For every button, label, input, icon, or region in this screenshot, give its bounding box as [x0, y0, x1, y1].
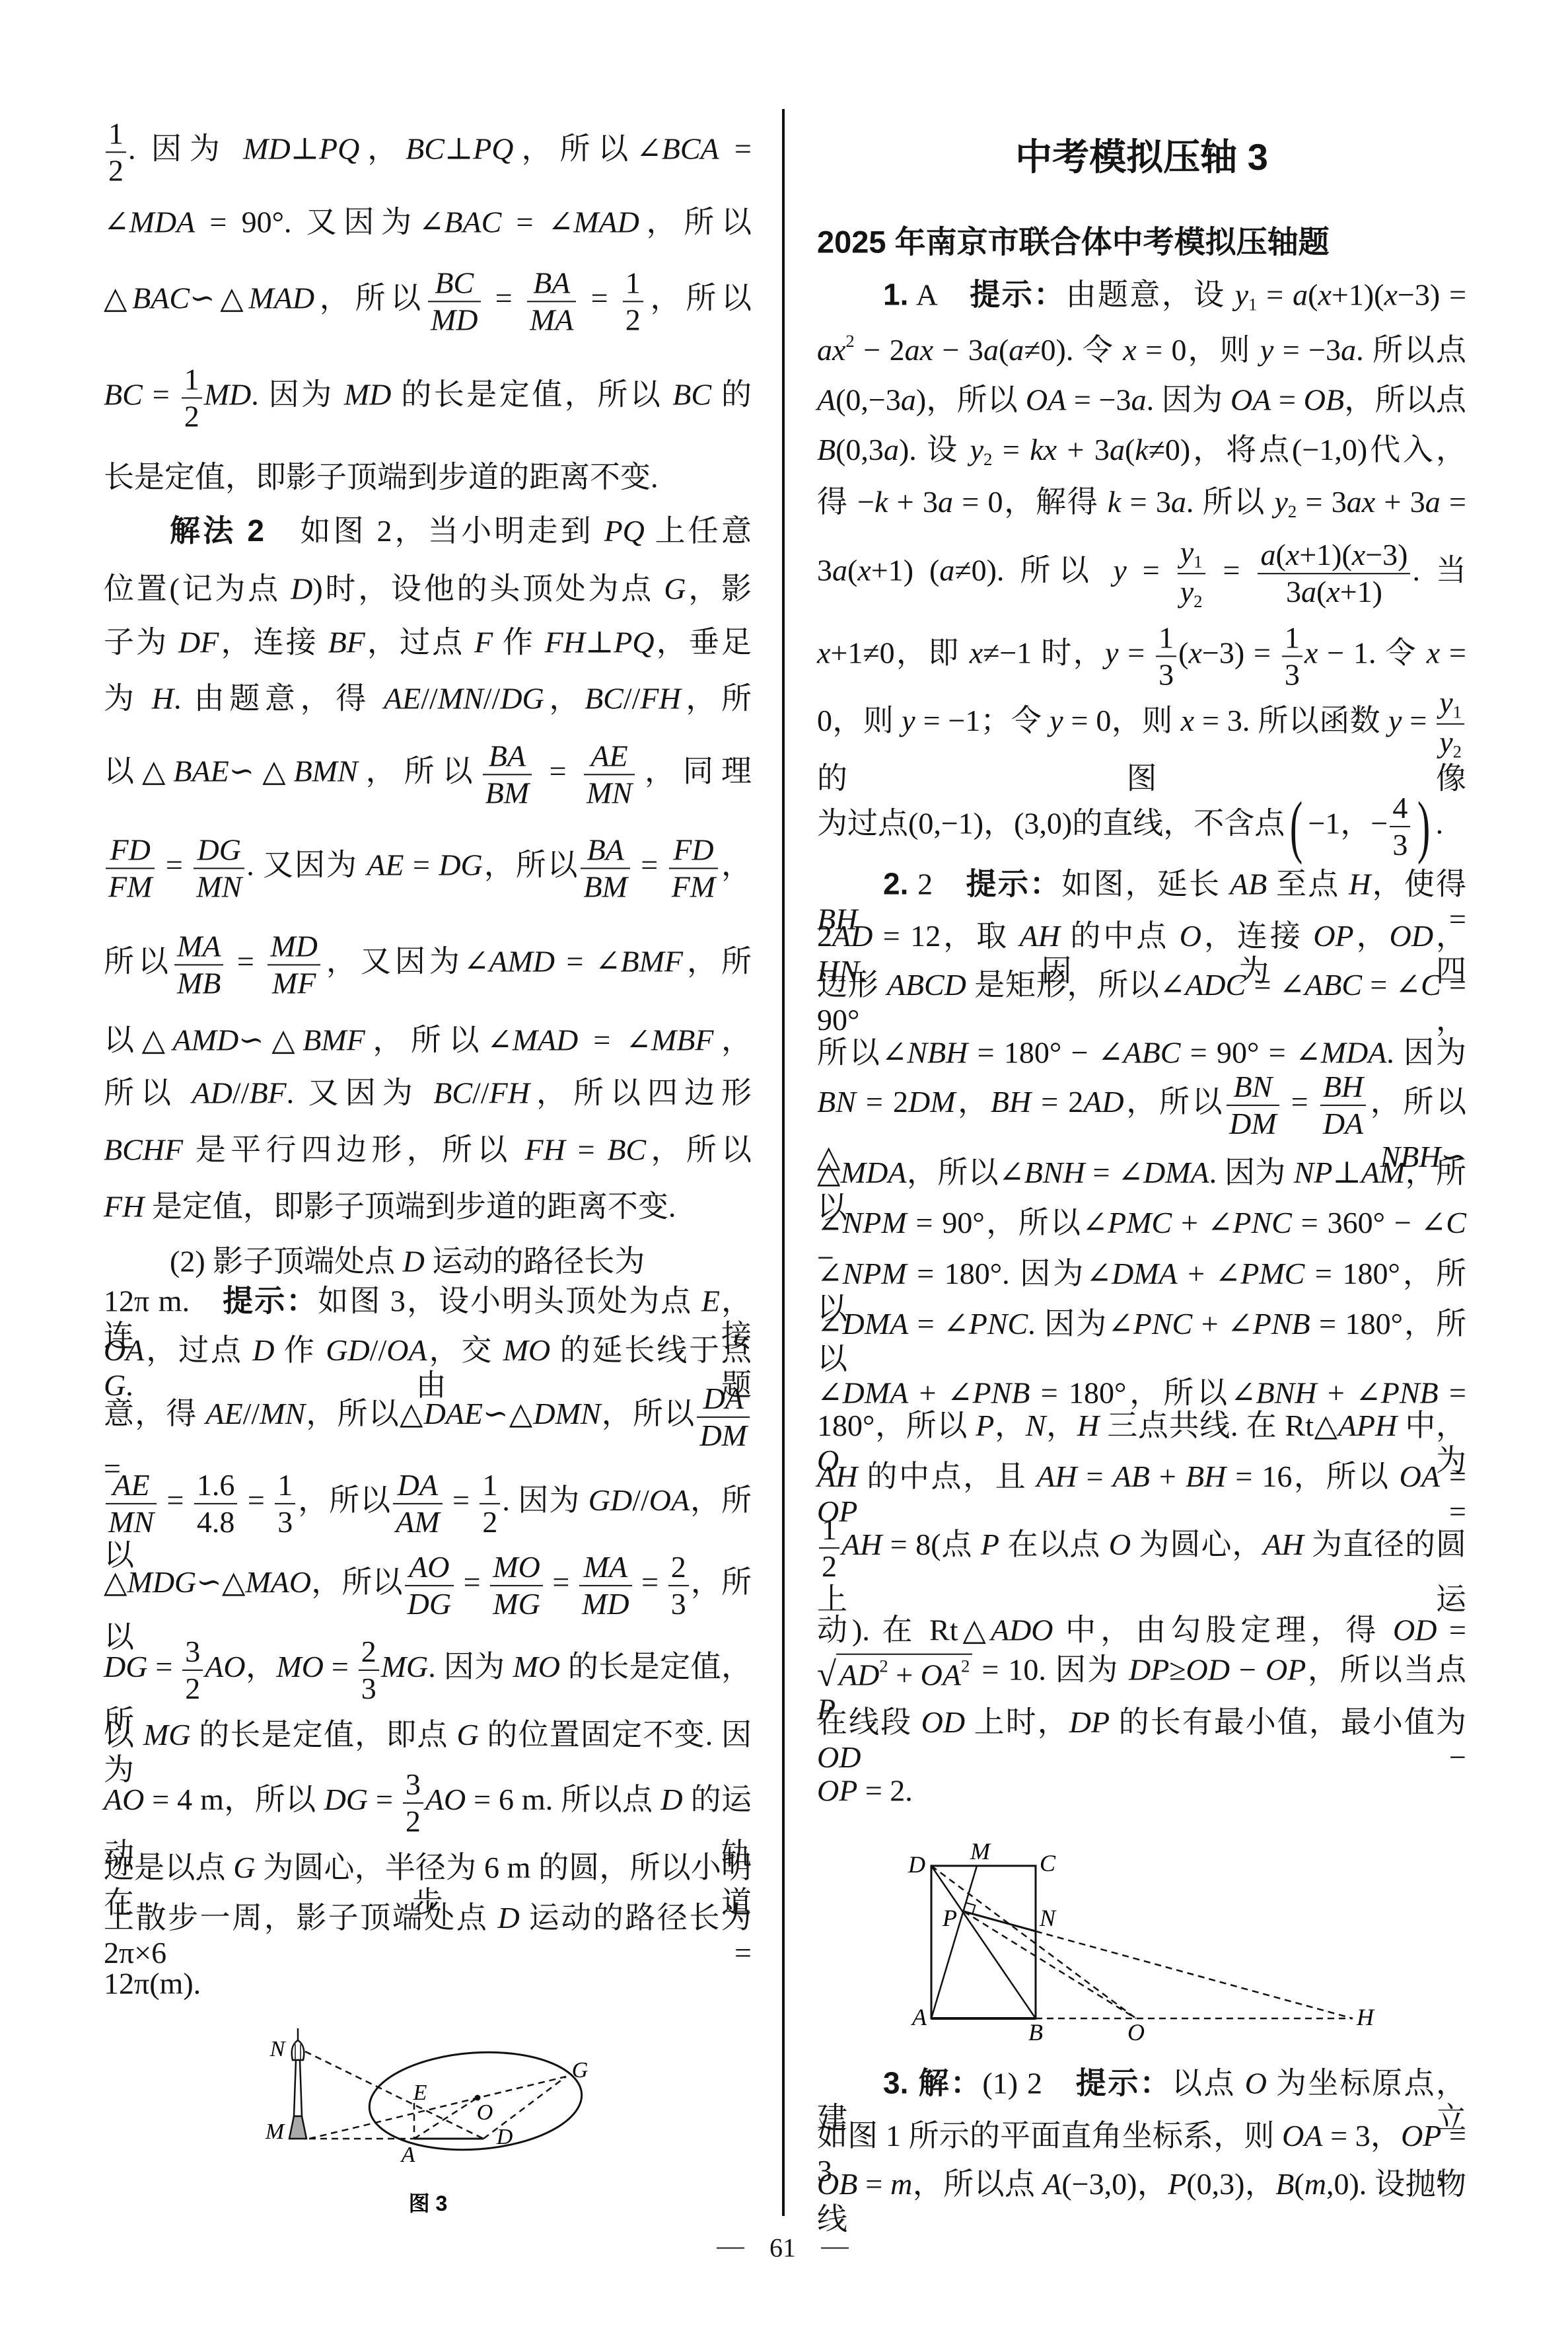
math-variable: y	[1180, 575, 1194, 609]
math-variable: MD	[270, 929, 318, 963]
math-variable: ABCD	[887, 968, 966, 1002]
text-run: = 180°. 因为∠	[907, 1257, 1112, 1290]
text-run: ，所以	[224, 1783, 324, 1816]
text-run: //	[483, 682, 501, 716]
text-run: 的长有最小值，最小值为	[1110, 1705, 1466, 1739]
math-variable: DF	[178, 626, 219, 659]
math-variable: DM	[699, 1419, 747, 1452]
text-run: . 因为	[502, 1483, 588, 1517]
math-variable: ax	[1347, 485, 1375, 519]
text-line: FH 是定值，即影子顶端到步道的距离不变.	[104, 1190, 752, 1225]
fraction-denominator: MN	[106, 1504, 157, 1539]
math-variable: y	[1260, 333, 1273, 367]
math-variable: GD	[326, 1333, 369, 1367]
text-run: △	[104, 1565, 127, 1599]
math-variable: y	[1388, 704, 1402, 737]
math-variable: k	[1135, 433, 1148, 466]
text-run: ，所以	[311, 1565, 403, 1599]
text-run: = 360° − ∠	[1292, 1206, 1446, 1239]
math-variable: a	[1009, 333, 1024, 367]
math-variable: C	[1421, 968, 1441, 1002]
text-run: 在线段	[817, 1705, 921, 1739]
math-variable: AH	[1020, 919, 1060, 953]
text-run: −	[861, 1740, 1466, 1774]
math-variable: FH	[104, 1190, 144, 1224]
fraction: 12	[182, 363, 202, 432]
math-variable: a	[983, 333, 999, 367]
text-run: 中，由勾股定理，得	[1053, 1613, 1394, 1647]
text-run: ，交	[427, 1333, 503, 1367]
text-line: OP = 2.	[817, 1774, 1466, 1809]
text-run: ∽△	[238, 1023, 303, 1057]
fraction: y1y2	[1437, 686, 1464, 762]
text-run: +1)(	[1332, 278, 1384, 312]
text-line: 12. 因为 MD⊥PQ，BC⊥PQ，所以∠BCA =	[104, 117, 752, 186]
fraction-denominator: 3	[1390, 827, 1410, 862]
math-variable: PMC	[1240, 1257, 1304, 1290]
text-run: ，	[359, 132, 406, 166]
dashed-lines	[305, 2051, 566, 2139]
text-run: ). 设	[899, 433, 970, 466]
math-variable: O	[1245, 2067, 1267, 2100]
math-variable: MD	[582, 1587, 629, 1621]
fraction-numerator: AO	[405, 1551, 454, 1586]
text-line: 得 −k + 3a = 0，解得 k = 3a. 所以 y2 = 3ax + 3…	[817, 485, 1466, 522]
math-variable: DA	[398, 1468, 438, 1502]
problem-1-line: 1. A 提示：由题意，设 y1 = a(x+1)(x−3) =	[817, 277, 1466, 315]
text-run: 1	[822, 1512, 837, 1546]
fraction: 32	[182, 1635, 203, 1705]
math-variable: DA	[703, 1382, 744, 1415]
fraction-numerator: 1.6	[194, 1469, 238, 1504]
math-variable: OD	[1393, 1613, 1437, 1647]
text-run: ).	[183, 1967, 201, 2001]
math-variable: A	[817, 383, 836, 417]
math-variable: AO	[104, 1783, 144, 1816]
math-variable: DG	[104, 1650, 147, 1683]
text-run: 如图 1 所示的平面直角坐标系，则	[817, 2119, 1282, 2153]
math-variable: BA	[489, 739, 526, 772]
text-run: 的延长线于点	[550, 1333, 752, 1367]
fraction-numerator: 1	[106, 117, 126, 153]
math-variable: AE	[590, 739, 627, 772]
fraction-denominator: BM	[483, 775, 532, 809]
math-variable: OA	[1026, 383, 1066, 417]
text-run: 长是定值，即影子顶端到步道的距离不变.	[104, 461, 659, 494]
text-run: = −1；令	[915, 704, 1050, 737]
math-variable: F	[474, 626, 493, 659]
math-variable: OP	[1265, 1653, 1306, 1687]
math-variable: D	[498, 1901, 520, 1935]
text-run: ，连接	[219, 626, 328, 659]
text-run: 在以点	[999, 1528, 1109, 1561]
text-run: −3) =	[1398, 278, 1466, 312]
math-variable: OA	[1282, 2119, 1322, 2153]
text-run: (	[1308, 278, 1318, 312]
fraction-denominator: DA	[1320, 1106, 1366, 1140]
text-run: 0，则	[817, 704, 902, 737]
text-run: = 12，取	[873, 919, 1019, 953]
text-run: + 3	[1375, 485, 1425, 519]
math-variable: x	[1181, 704, 1194, 737]
math-variable: AMD	[173, 1023, 239, 1057]
text-run: 如图 3，设小明头顶处为点	[318, 1284, 701, 1318]
text-run: = 0，则	[1137, 333, 1260, 367]
math-variable: P	[976, 1409, 994, 1442]
text-run: = 10. 因为	[972, 1653, 1129, 1687]
text-run: . 因为	[128, 132, 243, 166]
text-run: 提示：	[223, 1284, 318, 1318]
text-run: = 2.	[857, 1774, 912, 1808]
math-variable: MAD	[248, 281, 314, 315]
fraction-denominator: DM	[1227, 1106, 1279, 1140]
text-run: ，所以	[601, 1397, 695, 1430]
fraction-numerator: BN	[1227, 1070, 1279, 1106]
text-run: 为圆心，	[1131, 1528, 1263, 1561]
text-run: 12π	[104, 1284, 159, 1318]
math-variable: BC	[406, 132, 445, 166]
math-variable: FH	[524, 1133, 565, 1167]
fraction-numerator: y1	[1437, 686, 1464, 725]
math-variable: MO	[503, 1333, 551, 1367]
math-variable: AE	[367, 848, 404, 882]
fraction: FDFM	[669, 833, 718, 903]
text-run: . 所以	[1186, 485, 1275, 519]
fraction-numerator: 1	[182, 363, 202, 398]
fraction: 32	[403, 1768, 423, 1837]
fraction: FDFM	[106, 833, 155, 903]
upright-text: m	[160, 1967, 184, 2001]
math-variable: AB	[1113, 1459, 1150, 1493]
text-run: ∠	[817, 1307, 843, 1341]
math-variable: OA	[1230, 383, 1271, 417]
math-variable: BNH	[1256, 1376, 1317, 1410]
math-variable: OP	[1313, 919, 1353, 953]
fraction-denominator: MD	[428, 302, 481, 336]
text-run: = 90°，所以∠	[907, 1206, 1108, 1239]
math-variable: H	[1349, 867, 1371, 901]
math-variable: MD	[243, 132, 291, 166]
text-run: =	[1281, 1085, 1318, 1119]
text-run: ≠0). 令	[1024, 333, 1123, 367]
subscript: 1	[1194, 552, 1202, 572]
math-variable: BC	[435, 266, 474, 299]
label-D: D	[496, 2125, 513, 2149]
math-variable: a	[1293, 278, 1308, 312]
math-variable: AB	[1230, 867, 1267, 901]
math-variable: BMN	[294, 755, 358, 788]
text-run: 1.6	[197, 1468, 235, 1502]
page-number-dash-left	[717, 2247, 744, 2248]
fraction: BNDM	[1227, 1070, 1279, 1140]
text-run: 提示：	[970, 277, 1065, 312]
upright-text: Rt	[1285, 1409, 1314, 1442]
text-run: = 0，则	[1063, 704, 1181, 737]
text-run: ，所	[683, 945, 752, 978]
text-run: ，所以点	[912, 2167, 1043, 2201]
text-run: ，所以	[639, 205, 752, 239]
math-variable: BAE	[173, 755, 229, 788]
text-run: 得 −	[817, 485, 874, 519]
text-run: 为过点(0,−1)，(3,0)的直线，不含点	[817, 807, 1285, 840]
text-line: ∠DMA + ∠PNB = 180°，所以∠BNH + ∠PNB =	[817, 1376, 1466, 1411]
math-variable: BA	[533, 266, 570, 299]
text-run	[936, 278, 970, 312]
math-variable: PNB	[972, 1376, 1030, 1410]
text-run: ，所以	[645, 281, 752, 315]
text-run: ，所	[681, 682, 752, 716]
fraction-denominator: FM	[106, 869, 155, 903]
math-variable: E	[701, 1284, 720, 1318]
math-variable: P	[981, 1528, 999, 1561]
text-run: ，过点	[365, 626, 474, 659]
text-run: 的中点，且	[857, 1459, 1036, 1493]
text-run: ∽△	[190, 281, 248, 315]
text-line: 为过点(0,−1)，(3,0)的直线，不含点(−1，−43).	[817, 792, 1466, 862]
text-run: ≥	[1169, 1653, 1186, 1687]
fraction: BAMA	[527, 266, 576, 336]
math-variable: MAD	[513, 1023, 579, 1057]
text-run: 2	[108, 153, 124, 187]
math-variable: BH	[1186, 1459, 1226, 1493]
text-run: △	[104, 281, 132, 315]
left-paren: (	[1290, 792, 1302, 862]
text-run: = 2	[856, 1085, 908, 1119]
label-G: G	[572, 2058, 588, 2083]
math-variable: BC	[104, 378, 143, 412]
math-variable: MO	[276, 1650, 324, 1683]
fraction: 13	[275, 1469, 295, 1538]
math-variable: AH	[1036, 1459, 1077, 1493]
text-run: 以点	[1172, 2067, 1245, 2100]
text-run: =	[1127, 554, 1176, 587]
math-variable: FH	[489, 1076, 530, 1110]
math-variable: FM	[108, 869, 152, 903]
math-variable: DM	[908, 1085, 956, 1119]
text-run: 4.8	[197, 1505, 235, 1539]
math-variable: PNB	[1381, 1376, 1439, 1410]
text-run: 2	[184, 399, 199, 433]
text-run: 2	[406, 1804, 421, 1838]
math-variable: PQ	[614, 626, 654, 659]
math-variable: H	[1077, 1409, 1099, 1442]
math-variable: MO	[513, 1650, 560, 1683]
text-run: = 3. 所以函数	[1194, 704, 1388, 737]
label-M: M	[265, 2120, 285, 2144]
section-title: 中考模拟压轴 3	[817, 128, 1466, 181]
text-run: =	[1271, 383, 1303, 417]
text-run: //	[472, 1076, 489, 1110]
math-variable: MN	[438, 682, 483, 716]
text-run: =	[1257, 278, 1293, 312]
text-run: △	[958, 1613, 990, 1647]
text-line: OB = m，所以点 A(−3,0)，P(0,3)，B(m,0). 设抛物线	[817, 2167, 1466, 2237]
math-variable: FH	[640, 682, 680, 716]
text-run: ，过点	[144, 1333, 252, 1367]
text-run: ⊥	[291, 132, 319, 166]
text-run: 的长是定值，所以	[391, 378, 672, 412]
math-variable: AD	[839, 1658, 879, 1692]
math-variable: MDA	[129, 205, 196, 239]
text-line: ax2 − 2ax − 3a(a≠0). 令 x = 0，则 y = −3a. …	[817, 331, 1466, 368]
text-line: 所以 AD//BF. 又因为 BC//FH，所以四边形	[104, 1076, 752, 1111]
text-run: (	[999, 333, 1009, 367]
text-run: =	[157, 848, 192, 882]
text-run: − 1. 令	[1318, 636, 1426, 670]
math-variable: DMA	[1112, 1257, 1178, 1290]
math-variable: AM	[396, 1505, 439, 1539]
text-run: . 因为	[428, 1650, 513, 1683]
fraction-denominator: MB	[174, 965, 223, 1000]
math-variable: MDA	[1321, 1036, 1387, 1070]
text-run: 位置(记为点	[104, 572, 291, 606]
text-run: ，	[956, 1085, 991, 1119]
text-run: 以△	[104, 755, 173, 788]
math-variable: B	[817, 433, 836, 466]
label-A: A	[400, 2143, 415, 2167]
math-variable: PNB	[1253, 1307, 1310, 1341]
fraction-denominator: 4.8	[194, 1504, 238, 1539]
fraction-numerator: 1	[1282, 621, 1302, 657]
figure-caption: 图 3	[409, 2192, 448, 2215]
fraction: MDMF	[267, 930, 320, 999]
fraction-numerator: y1	[1178, 536, 1205, 574]
text-run: +	[1150, 1459, 1186, 1493]
text-run: . 又因为	[287, 1076, 434, 1110]
text-run: 的中点	[1060, 919, 1180, 953]
text-run: = ∠	[555, 945, 620, 978]
text-run: . 所以点	[1356, 333, 1466, 367]
text-run: = ∠	[501, 205, 573, 239]
math-variable: AD	[192, 1076, 232, 1110]
math-variable: BCHF	[104, 1133, 183, 1167]
label-N: N	[269, 2037, 287, 2061]
math-variable: x	[1427, 636, 1440, 670]
math-variable: AO	[409, 1550, 449, 1584]
math-variable: a	[938, 485, 953, 519]
math-variable: a	[1425, 485, 1441, 519]
text-run: ，	[1046, 1409, 1077, 1442]
fraction: AEMN	[584, 739, 635, 809]
paren-content: −1，−43	[1308, 792, 1412, 861]
text-line: 12AH = 8(点 P 在以点 O 为圆心，AH 为直径的圆上运	[817, 1513, 1466, 1617]
fraction: 23	[668, 1551, 689, 1620]
text-run: 提示：	[1076, 2066, 1172, 2100]
text-run: +1)(	[1299, 538, 1352, 572]
math-variable: MA	[530, 303, 573, 336]
math-variable: x	[857, 554, 871, 587]
textbook-page: 12. 因为 MD⊥PQ，BC⊥PQ，所以∠BCA = ∠MDA = 90°. …	[0, 0, 1568, 2325]
math-variable: m	[890, 2167, 912, 2201]
text-run: =	[1207, 554, 1256, 587]
math-variable: y	[1439, 686, 1452, 720]
text-run: 是矩形，所以∠	[966, 968, 1185, 1002]
text-run: =	[534, 755, 582, 788]
math-variable: BN	[1233, 1070, 1272, 1103]
math-variable: OP	[1401, 2119, 1441, 2153]
math-variable: MA	[177, 929, 221, 963]
text-run: =	[1118, 636, 1154, 670]
text-run: = 6	[466, 1783, 522, 1816]
text-run: //	[624, 682, 641, 716]
text-run: ，所以当点	[1306, 1653, 1466, 1687]
text-run: //	[370, 1333, 387, 1367]
upright-text: m	[507, 1851, 531, 1884]
exam-heading: 2025 年南京市联合体中考模拟压轴题	[817, 218, 1330, 262]
math-variable: AE	[112, 1468, 149, 1502]
math-variable: BF	[249, 1076, 286, 1110]
math-variable: x	[1384, 278, 1397, 312]
math-variable: OA	[104, 1333, 144, 1367]
text-line: ∠MDA = 90°. 又因为∠BAC = ∠MAD，所以	[104, 205, 752, 240]
math-variable: x	[1304, 636, 1318, 670]
text-run: = 0，解得	[953, 485, 1108, 519]
fraction-denominator: MN	[584, 775, 635, 809]
large-parentheses: (−1，−43)	[1285, 792, 1435, 862]
fraction-numerator: MA	[174, 930, 223, 965]
text-line: 所以∠NBH = 180° − ∠ABC = 90° = ∠MDA. 因为	[817, 1036, 1466, 1071]
math-variable: PMC	[1108, 1206, 1172, 1239]
text-run: ∠	[817, 1206, 843, 1239]
label-N: N	[1039, 1905, 1057, 1931]
text-run: . 由题意，得	[174, 682, 384, 716]
fraction-numerator: MA	[579, 1551, 632, 1586]
text-line: ∠DMA = ∠PNC. 因为∠PNC + ∠PNB = 180°，所以	[817, 1307, 1466, 1377]
text-line: 0，则 y = −1；令 y = 0，则 x = 3. 所以函数 y = y1y…	[817, 686, 1466, 797]
text-run: + 3	[888, 485, 938, 519]
math-variable: B	[1275, 2167, 1294, 2201]
fraction: BABM	[483, 739, 532, 809]
math-variable: y	[1275, 485, 1288, 519]
math-variable: m	[1304, 2167, 1326, 2201]
fraction: DADM	[697, 1382, 750, 1452]
math-variable: BAC	[132, 281, 190, 315]
label-P: P	[942, 1905, 957, 1931]
text-run: (	[1294, 2167, 1304, 2201]
fraction-numerator: BH	[1320, 1070, 1366, 1106]
text-line: A(0,−3a)，所以 OA = −3a. 因为 OA = OB，所以点	[817, 383, 1466, 418]
math-variable: DG	[408, 1587, 451, 1621]
text-line: 在线段 OD 上时，DP 的长有最小值，最小值为 OD −	[817, 1705, 1466, 1775]
fraction: 12	[480, 1469, 500, 1538]
math-variable: OD	[1390, 919, 1433, 953]
text-run: = 3	[1297, 485, 1347, 519]
fraction-denominator: FM	[669, 869, 718, 903]
fraction-numerator: DA	[697, 1382, 750, 1418]
text-run: ⊥	[445, 132, 473, 166]
text-run: 1	[625, 266, 641, 299]
bold-label: 解法 2	[170, 513, 264, 548]
fraction-numerator: BA	[581, 833, 629, 869]
text-run: //	[232, 1076, 250, 1110]
math-variable: MD	[344, 378, 392, 412]
fraction-denominator: 2	[480, 1504, 500, 1539]
fraction: 12	[819, 1513, 839, 1582]
fraction: 1.64.8	[194, 1469, 238, 1538]
text-run: ，所以	[358, 755, 481, 788]
fraction-denominator: MD	[579, 1586, 632, 1621]
text-run: . 因为	[1147, 383, 1230, 417]
text-run: )，所以	[916, 383, 1026, 417]
fraction: AEMN	[106, 1469, 157, 1538]
fraction-denominator: y2	[1437, 725, 1464, 762]
fraction: AODG	[405, 1551, 454, 1620]
math-variable: DG	[500, 682, 544, 716]
text-run: =	[634, 1565, 666, 1599]
text-run: ，所以∠	[514, 132, 662, 166]
text-run: ，同理	[637, 755, 752, 788]
math-variable: y	[1439, 725, 1452, 759]
